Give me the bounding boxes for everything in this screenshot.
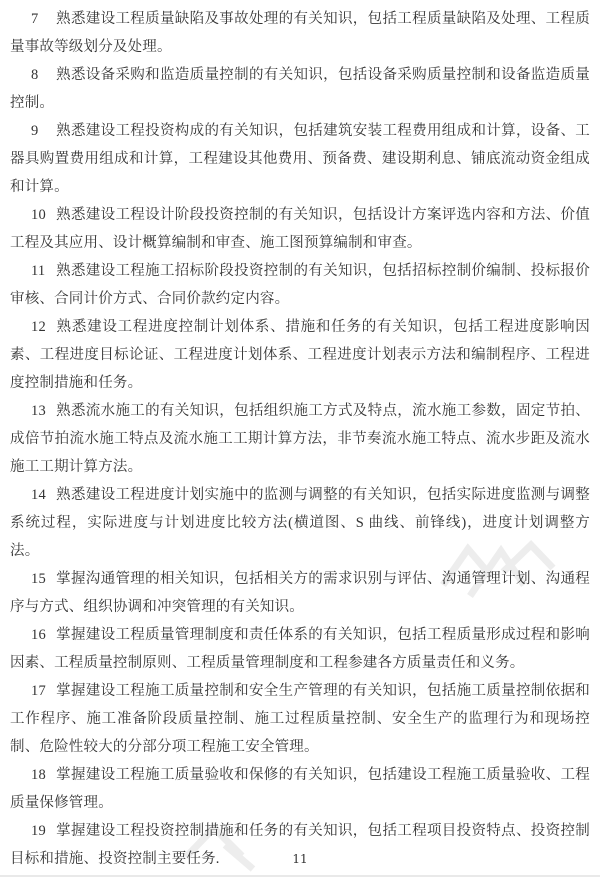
item-text: 熟悉建设工程进度控制计划体系、措施和任务的有关知识，包括工程进度影响因素、工程进… — [10, 319, 590, 391]
item-text: 掌握建设工程施工质量控制和安全生产管理的有关知识，包括施工质量控制依据和工作程序… — [10, 683, 590, 755]
syllabus-item-7: 7熟悉建设工程质量缺陷及事故处理的有关知识，包括工程质量缺陷及处理、工程质量事故… — [10, 5, 590, 61]
item-number: 15 — [31, 565, 48, 593]
syllabus-item-11: 11熟悉建设工程施工招标阶段投资控制的有关知识，包括招标控制价编制、投标报价审核… — [10, 257, 590, 313]
syllabus-item-12: 12熟悉建设工程进度控制计划体系、措施和任务的有关知识，包括工程进度影响因素、工… — [10, 313, 590, 397]
item-number: 9 — [31, 117, 48, 145]
item-text: 掌握建设工程施工质量验收和保修的有关知识，包括建设工程施工质量验收、工程质量保修… — [10, 767, 590, 811]
syllabus-item-15: 15掌握沟通管理的相关知识，包括相关方的需求识别与评估、沟通管理计划、沟通程序与… — [10, 565, 590, 621]
item-number: 13 — [31, 397, 48, 425]
item-text: 熟悉建设工程投资构成的有关知识，包括建筑安装工程费用组成和计算，设备、工器具购置… — [10, 123, 590, 195]
item-number: 14 — [31, 481, 48, 509]
item-text: 掌握建设工程质量管理制度和责任体系的有关知识，包括工程质量形成过程和影响因素、工… — [10, 627, 590, 671]
syllabus-item-10: 10熟悉建设工程设计阶段投资控制的有关知识，包括设计方案评选内容和方法、价值工程… — [10, 201, 590, 257]
item-number: 16 — [31, 621, 48, 649]
item-number: 19 — [31, 817, 48, 845]
document-body: 7熟悉建设工程质量缺陷及事故处理的有关知识，包括工程质量缺陷及处理、工程质量事故… — [0, 0, 600, 873]
syllabus-item-9: 9熟悉建设工程投资构成的有关知识，包括建筑安装工程费用组成和计算，设备、工器具购… — [10, 117, 590, 201]
item-number: 11 — [31, 257, 48, 285]
item-number: 7 — [31, 5, 48, 33]
item-text: 熟悉建设工程质量缺陷及事故处理的有关知识，包括工程质量缺陷及处理、工程质量事故等… — [10, 11, 590, 55]
item-number: 18 — [31, 761, 48, 789]
syllabus-item-17: 17掌握建设工程施工质量控制和安全生产管理的有关知识，包括施工质量控制依据和工作… — [10, 677, 590, 761]
syllabus-item-18: 18掌握建设工程施工质量验收和保修的有关知识，包括建设工程施工质量验收、工程质量… — [10, 761, 590, 817]
item-text: 熟悉建设工程施工招标阶段投资控制的有关知识，包括招标控制价编制、投标报价审核、合… — [10, 263, 590, 307]
item-number: 12 — [31, 313, 48, 341]
syllabus-item-8: 8熟悉设备采购和监造质量控制的有关知识，包括设备采购质量控制和设备监造质量控制。 — [10, 61, 590, 117]
item-text: 掌握沟通管理的相关知识，包括相关方的需求识别与评估、沟通管理计划、沟通程序与方式… — [10, 571, 590, 615]
item-number: 17 — [31, 677, 48, 705]
item-text: 熟悉设备采购和监造质量控制的有关知识，包括设备采购质量控制和设备监造质量控制。 — [10, 67, 590, 111]
document-page: 7熟悉建设工程质量缺陷及事故处理的有关知识，包括工程质量缺陷及处理、工程质量事故… — [0, 0, 600, 877]
syllabus-item-13: 13熟悉流水施工的有关知识，包括组织施工方式及特点，流水施工参数，固定节拍、成倍… — [10, 397, 590, 481]
syllabus-item-16: 16掌握建设工程质量管理制度和责任体系的有关知识，包括工程质量形成过程和影响因素… — [10, 621, 590, 677]
item-text: 熟悉建设工程进度计划实施中的监测与调整的有关知识，包括实际进度监测与调整系统过程… — [10, 487, 590, 559]
item-number: 8 — [31, 61, 48, 89]
item-number: 10 — [31, 201, 48, 229]
item-text: 熟悉流水施工的有关知识，包括组织施工方式及特点，流水施工参数，固定节拍、成倍节拍… — [10, 403, 590, 475]
page-number: 11 — [0, 852, 600, 866]
item-text: 熟悉建设工程设计阶段投资控制的有关知识，包括设计方案评选内容和方法、价值工程及其… — [10, 207, 590, 251]
syllabus-item-14: 14熟悉建设工程进度计划实施中的监测与调整的有关知识，包括实际进度监测与调整系统… — [10, 481, 590, 565]
